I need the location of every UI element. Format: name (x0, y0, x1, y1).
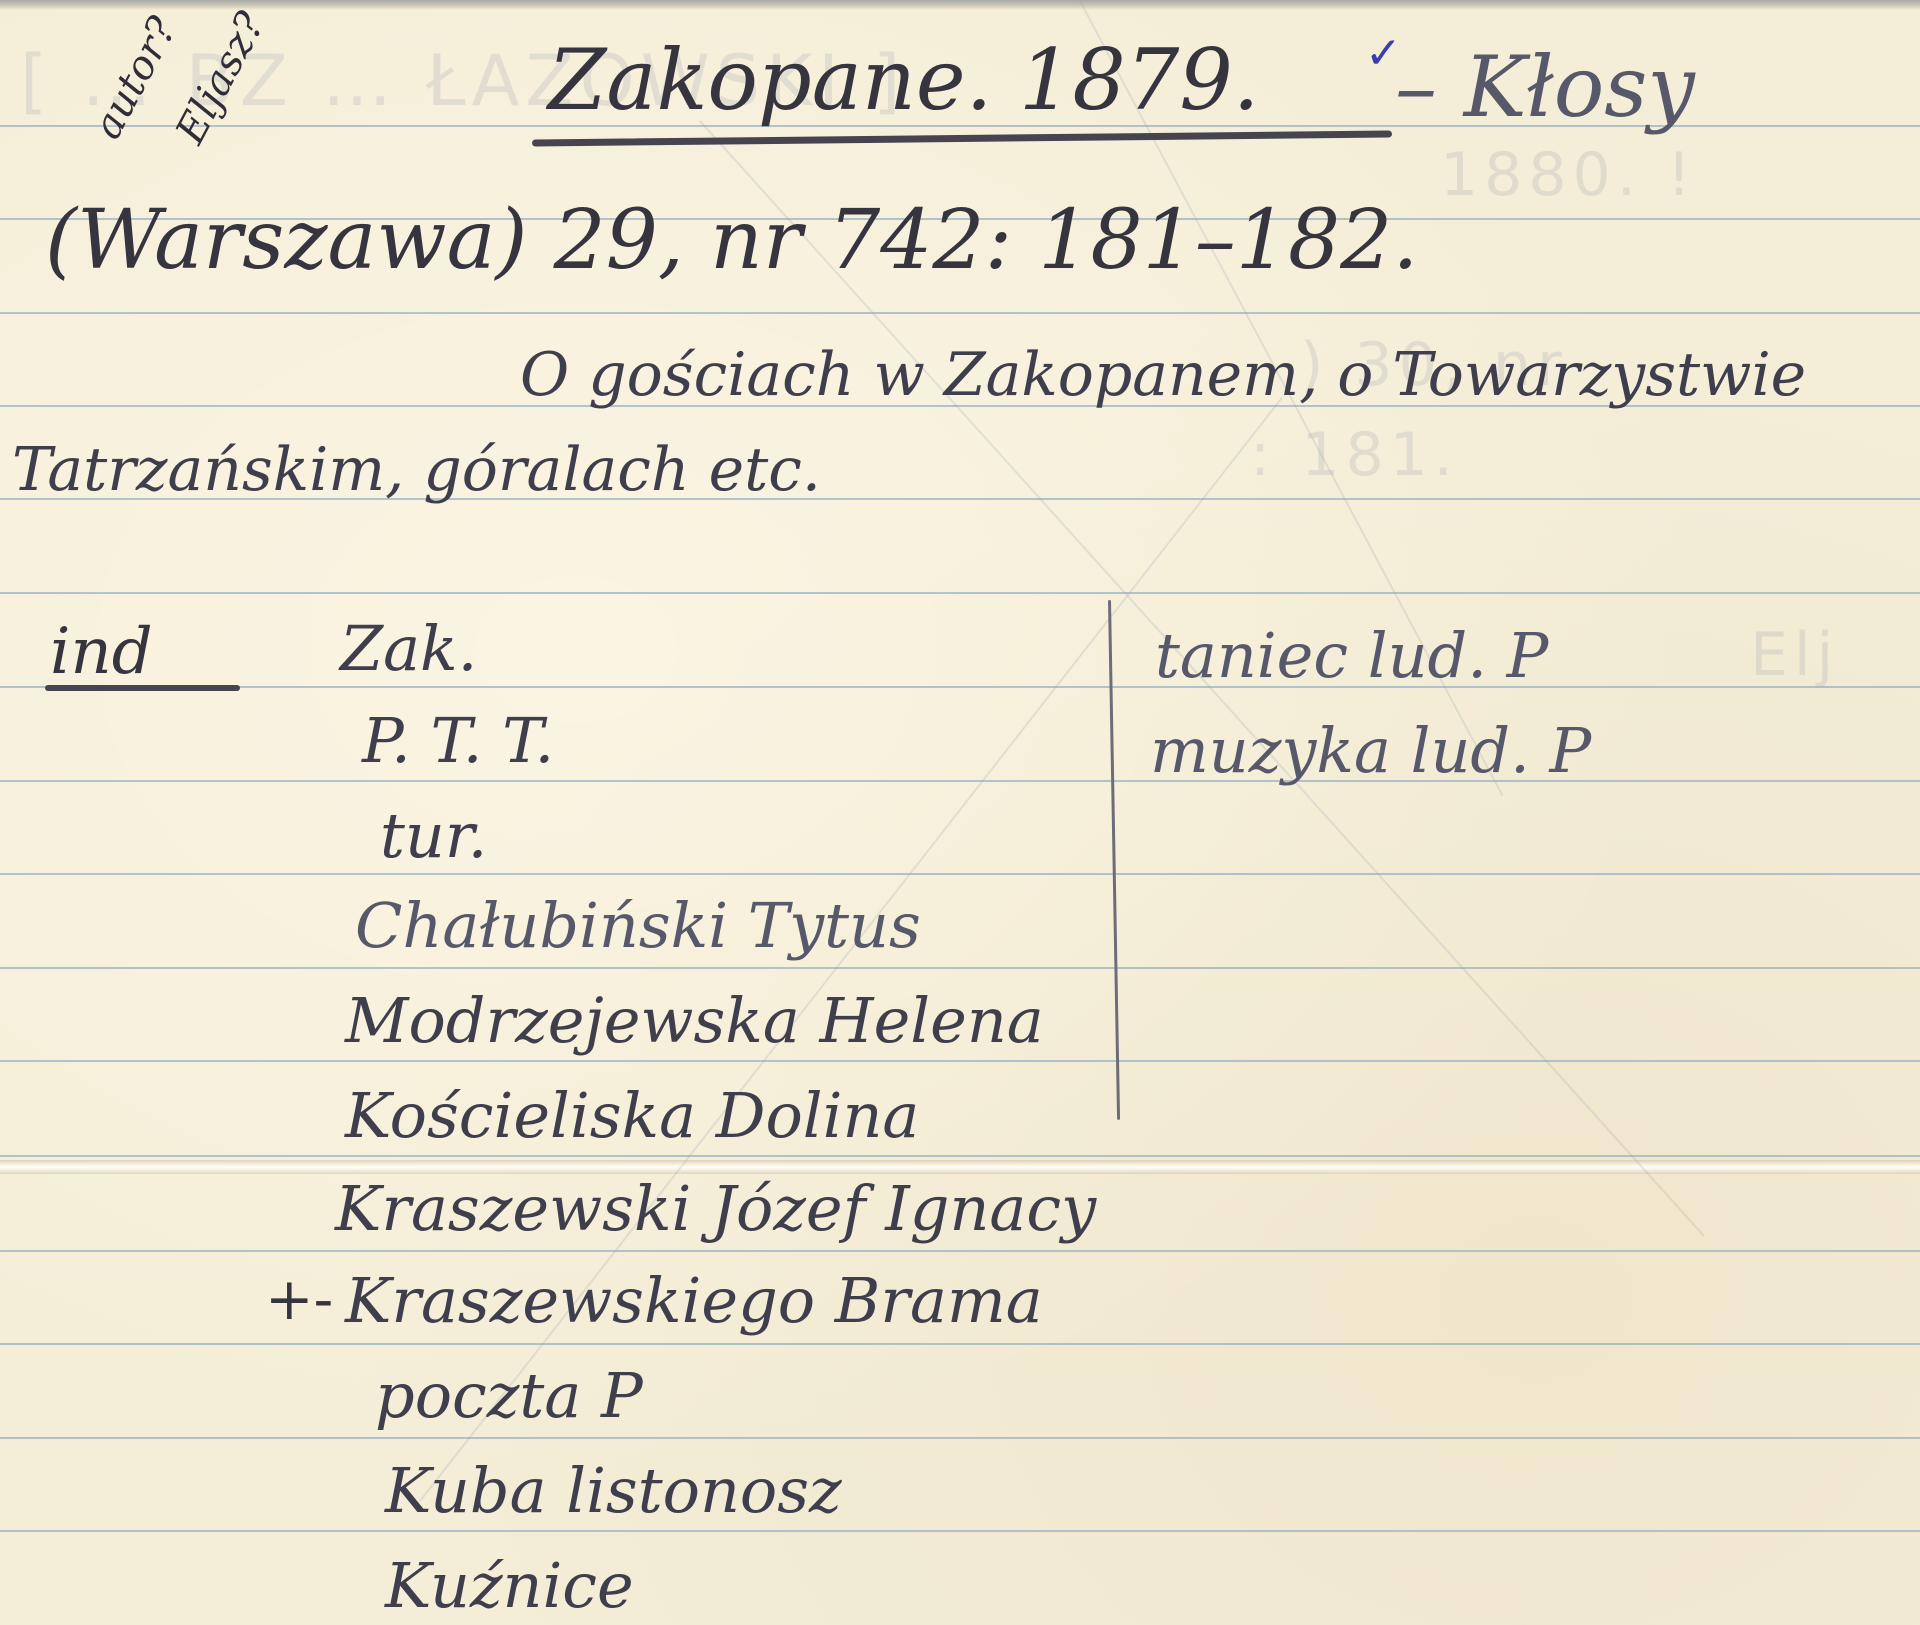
title-underline (532, 130, 1392, 146)
index-entry: Modrzejewska Helena (345, 990, 1044, 1052)
ruled-line (0, 1530, 1920, 1532)
summary-line-1: O gościach w Zakopanem, o Towarzystwie (520, 345, 1806, 405)
index-label-underline (45, 685, 240, 691)
index-entry-right: taniec lud. P (1155, 625, 1548, 687)
show-through-text: Elj (1750, 620, 1839, 690)
show-through-text: 1880. ! (1440, 140, 1697, 210)
ruled-line (0, 312, 1920, 314)
ruled-line (0, 1060, 1920, 1062)
ruled-line (0, 967, 1920, 969)
ruled-line (0, 686, 1920, 688)
index-entry: Chałubiński Tytus (355, 895, 921, 957)
index-card: [ … BZ … ŁAZOWSKI ] 1880. ! ) 30, nr : 1… (0, 0, 1920, 1625)
ruled-line (0, 780, 1920, 782)
ruled-line (0, 873, 1920, 875)
source-title: – Kłosy (1395, 45, 1695, 129)
index-entry: P. T. T. (362, 710, 554, 772)
column-divider (1108, 600, 1120, 1120)
index-entry: poczta P (375, 1365, 643, 1427)
citation: (Warszawa) 29, nr 742: 181–182. (45, 200, 1418, 282)
index-entry: Zak. (340, 618, 477, 680)
index-entry: Kuba listonosz (385, 1460, 842, 1522)
ruled-line (0, 592, 1920, 594)
card-top-edge (0, 0, 1920, 10)
index-entry: Kuźnice (385, 1555, 634, 1617)
index-entry: Kościeliska Dolina (345, 1085, 919, 1147)
margin-note-eljasz: Eljasz? (167, 5, 274, 151)
ruled-line (0, 1250, 1920, 1252)
summary-line-2: Tatrzańskim, góralach etc. (12, 440, 821, 500)
index-entry: Kraszewski Józef Ignacy (335, 1178, 1096, 1240)
show-through-text: : 181. (1250, 420, 1459, 490)
ruled-line (0, 1437, 1920, 1439)
index-entry-right: muzyka lud. P (1150, 720, 1591, 782)
ruled-line (0, 1343, 1920, 1345)
card-title: Zakopane. 1879. (548, 38, 1259, 122)
cross-mark: +- (265, 1270, 333, 1328)
index-entry: Kraszewskiego Brama (345, 1270, 1043, 1332)
index-label: ind (50, 620, 153, 684)
index-entry: tur. (380, 805, 487, 867)
